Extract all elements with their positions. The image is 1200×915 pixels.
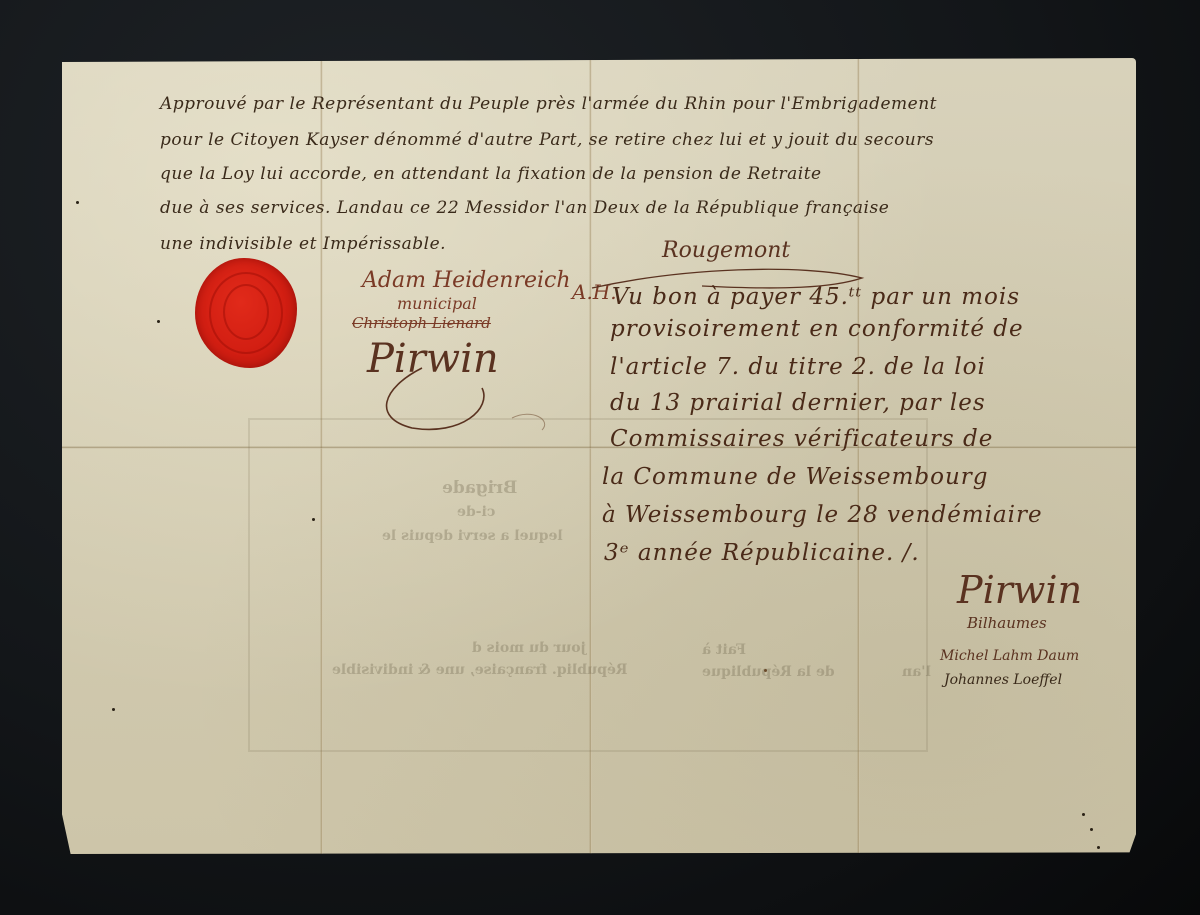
foxing-spot — [1090, 828, 1093, 831]
top-line-5: une indivisible et Impérissable. — [160, 234, 446, 254]
signature-pirwin-right: Pirwin — [957, 568, 1082, 612]
bleed-through-text: Brigade — [442, 478, 517, 498]
bleed-through-text: Républiq. française, une & indivisible — [332, 662, 628, 678]
signature-flourish-icon — [362, 358, 562, 438]
foxing-spot — [112, 708, 115, 711]
foxing-spot — [764, 669, 767, 672]
signature-bilhaumes: Bilhaumes — [967, 614, 1047, 632]
right-line-5: Commissaires vérificateurs de — [610, 426, 993, 452]
signature-loeffel: Johannes Loeffel — [944, 672, 1062, 688]
right-line-3: l'article 7. du titre 2. de la loi — [610, 354, 986, 380]
top-line-3: que la Loy lui accorde, en attendant la … — [160, 164, 822, 184]
signature-lienard: Christoph Lienard — [352, 314, 491, 332]
foxing-spot — [157, 320, 160, 323]
signature-title-municipal: municipal — [397, 294, 477, 313]
top-line-2: pour le Citoyen Kayser dénommé d'autre P… — [160, 130, 934, 150]
top-line-4: due à ses services. Landau ce 22 Messido… — [160, 198, 889, 218]
bleed-through-text: jour du mois d — [472, 640, 586, 656]
foxing-spot — [76, 201, 79, 204]
signature-lahm-daum: Michel Lahm Daum — [940, 648, 1079, 664]
right-line-2: provisoirement en conformité de — [610, 316, 1024, 342]
bleed-through-text: lequel a servi depuis le — [382, 528, 563, 544]
foxing-spot — [1097, 846, 1100, 849]
top-line-1: Approuvé par le Représentant du Peuple p… — [160, 94, 937, 114]
signature-heidenreich: Adam Heidenreich — [362, 268, 571, 293]
right-line-7: à Weissembourg le 28 vendémiaire — [602, 502, 1043, 528]
foxing-spot — [312, 518, 315, 521]
bleed-through-text: l'an — [902, 664, 931, 680]
right-line-8: 3ᵉ année Républicaine. /. — [604, 540, 920, 566]
right-line-1: Vu bon à payer 45.ᵗᵗ par un mois — [612, 284, 1020, 310]
document-paper: Brigade ci-de lequel a servi depuis le j… — [62, 58, 1136, 854]
foxing-spot — [1082, 813, 1085, 816]
red-wax-seal — [195, 258, 297, 368]
right-line-4: du 13 prairial dernier, par les — [610, 390, 986, 416]
bleed-through-text: ci-de — [457, 504, 495, 520]
right-line-6: la Commune de Weissembourg — [602, 464, 989, 490]
bleed-through-text: Fait à — [702, 642, 746, 658]
bleed-through-text: de la République — [702, 664, 835, 680]
